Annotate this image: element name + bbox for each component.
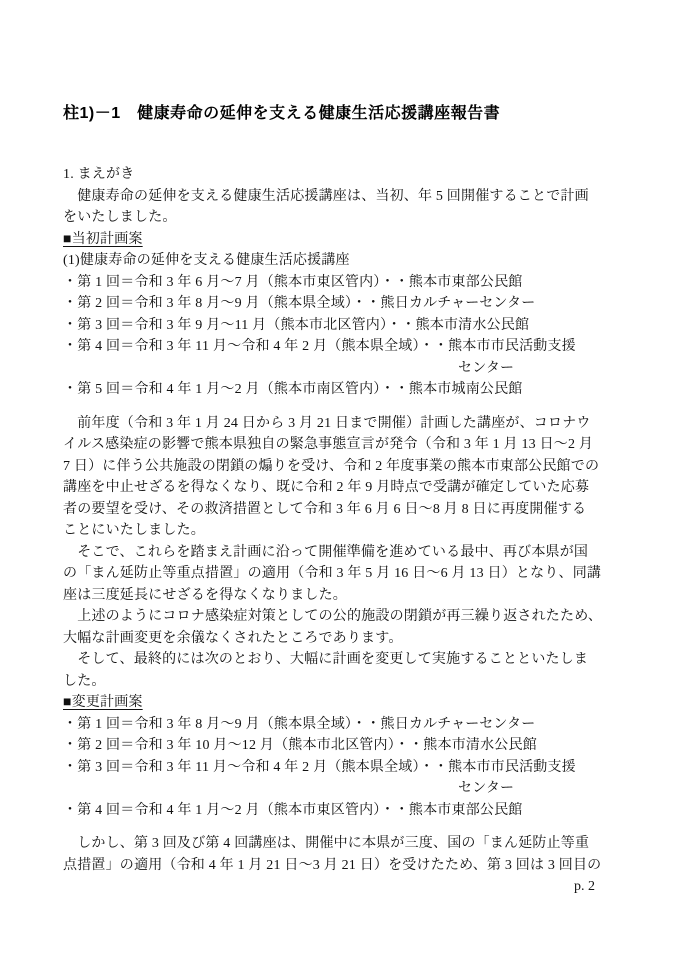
document-line: ・第 5 回＝令和 4 年 1 月～2 月（熊本市南区管内）・・熊本市城南公民館 bbox=[63, 379, 621, 401]
document-line: した。 bbox=[63, 671, 621, 693]
document-line: の「まん延防止等重点措置」の適用（令和 3 年 5 月 16 日～6 月 13 … bbox=[63, 563, 621, 585]
section-heading: ■当初計画案 bbox=[63, 229, 621, 251]
document-line: イルス感染症の影響で熊本県独自の緊急事態宣言が発令（令和 3 年 1 月 13 … bbox=[63, 434, 621, 456]
document-line: ・第 2 回＝令和 3 年 10 月～12 月（熊本市北区管内）・・熊本市清水公… bbox=[63, 735, 621, 757]
document-line: そこで、これらを踏まえ計画に沿って開催準備を進めている最中、再び本県が国 bbox=[63, 542, 621, 564]
document-line: ・第 3 回＝令和 3 年 9 月～11 月（熊本市北区管内）・・熊本市清水公民… bbox=[63, 315, 621, 337]
document-body: 1. まえがき 健康寿命の延伸を支える健康生活応援講座は、当初、年 5 回開催す… bbox=[63, 164, 621, 876]
paragraph-spacer bbox=[63, 821, 621, 833]
document-title: 柱1)－1 健康寿命の延伸を支える健康生活応援講座報告書 bbox=[63, 103, 621, 125]
document-line: 講座を中止せざるを得なくなり、既に令和 2 年 9 月時点で受講が確定していた応… bbox=[63, 477, 621, 499]
document-line: 健康寿命の延伸を支える健康生活応援講座は、当初、年 5 回開催することで計画 bbox=[63, 186, 621, 208]
page-content: 柱1)－1 健康寿命の延伸を支える健康生活応援講座報告書 1. まえがき 健康寿… bbox=[63, 103, 621, 898]
document-line: ・第 4 回＝令和 3 年 11 月～令和 4 年 2 月（熊本県全域）・・熊本… bbox=[63, 336, 621, 358]
document-line: 1. まえがき bbox=[63, 164, 621, 186]
document-line: (1)健康寿命の延伸を支える健康生活応援講座 bbox=[63, 250, 621, 272]
document-line: 座は三度延長にせざるを得なくなりました。 bbox=[63, 585, 621, 607]
document-line: しかし、第 3 回及び第 4 回講座は、開催中に本県が三度、国の「まん延防止等重 bbox=[63, 833, 621, 855]
wrapped-line: センター bbox=[63, 358, 621, 380]
document-line: をいたしました。 bbox=[63, 207, 621, 229]
document-line: 前年度（令和 3 年 1 月 24 日から 3 月 21 日まで開催）計画した講… bbox=[63, 413, 621, 435]
paragraph-spacer bbox=[63, 401, 621, 413]
document-line: 上述のようにコロナ感染症対策としての公的施設の閉鎖が再三繰り返されたため、 bbox=[63, 606, 621, 628]
document-line: 点措置」の適用（令和 4 年 1 月 21 日～3 月 21 日）を受けたため、… bbox=[63, 855, 621, 877]
document-page: 柱1)－1 健康寿命の延伸を支える健康生活応援講座報告書 1. まえがき 健康寿… bbox=[0, 0, 686, 973]
wrapped-line: センター bbox=[63, 778, 621, 800]
document-line: 者の要望を受け、その救済措置として令和 3 年 6 月 6 日～8 月 8 日に… bbox=[63, 499, 621, 521]
document-line: 大幅な計画変更を余儀なくされたところであります。 bbox=[63, 628, 621, 650]
document-line: 7 日）に伴う公共施設の閉鎖の煽りを受け、令和 2 年度事業の熊本市東部公民館で… bbox=[63, 456, 621, 478]
document-line: ことにいたしました。 bbox=[63, 520, 621, 542]
page-number: p. 2 bbox=[63, 876, 621, 898]
section-heading: ■変更計画案 bbox=[63, 692, 621, 714]
document-line: ・第 2 回＝令和 3 年 8 月～9 月（熊本県全域）・・熊日カルチャーセンタ… bbox=[63, 293, 621, 315]
document-line: ・第 1 回＝令和 3 年 6 月～7 月（熊本市東区管内）・・熊本市東部公民館 bbox=[63, 272, 621, 294]
document-line: ・第 3 回＝令和 3 年 11 月～令和 4 年 2 月（熊本県全域）・・熊本… bbox=[63, 757, 621, 779]
document-line: ・第 4 回＝令和 4 年 1 月～2 月（熊本市東区管内）・・熊本市東部公民館 bbox=[63, 800, 621, 822]
document-line: ・第 1 回＝令和 3 年 8 月～9 月（熊本県全域）・・熊日カルチャーセンタ… bbox=[63, 714, 621, 736]
document-line: そして、最終的には次のとおり、大幅に計画を変更して実施することといたしま bbox=[63, 649, 621, 671]
